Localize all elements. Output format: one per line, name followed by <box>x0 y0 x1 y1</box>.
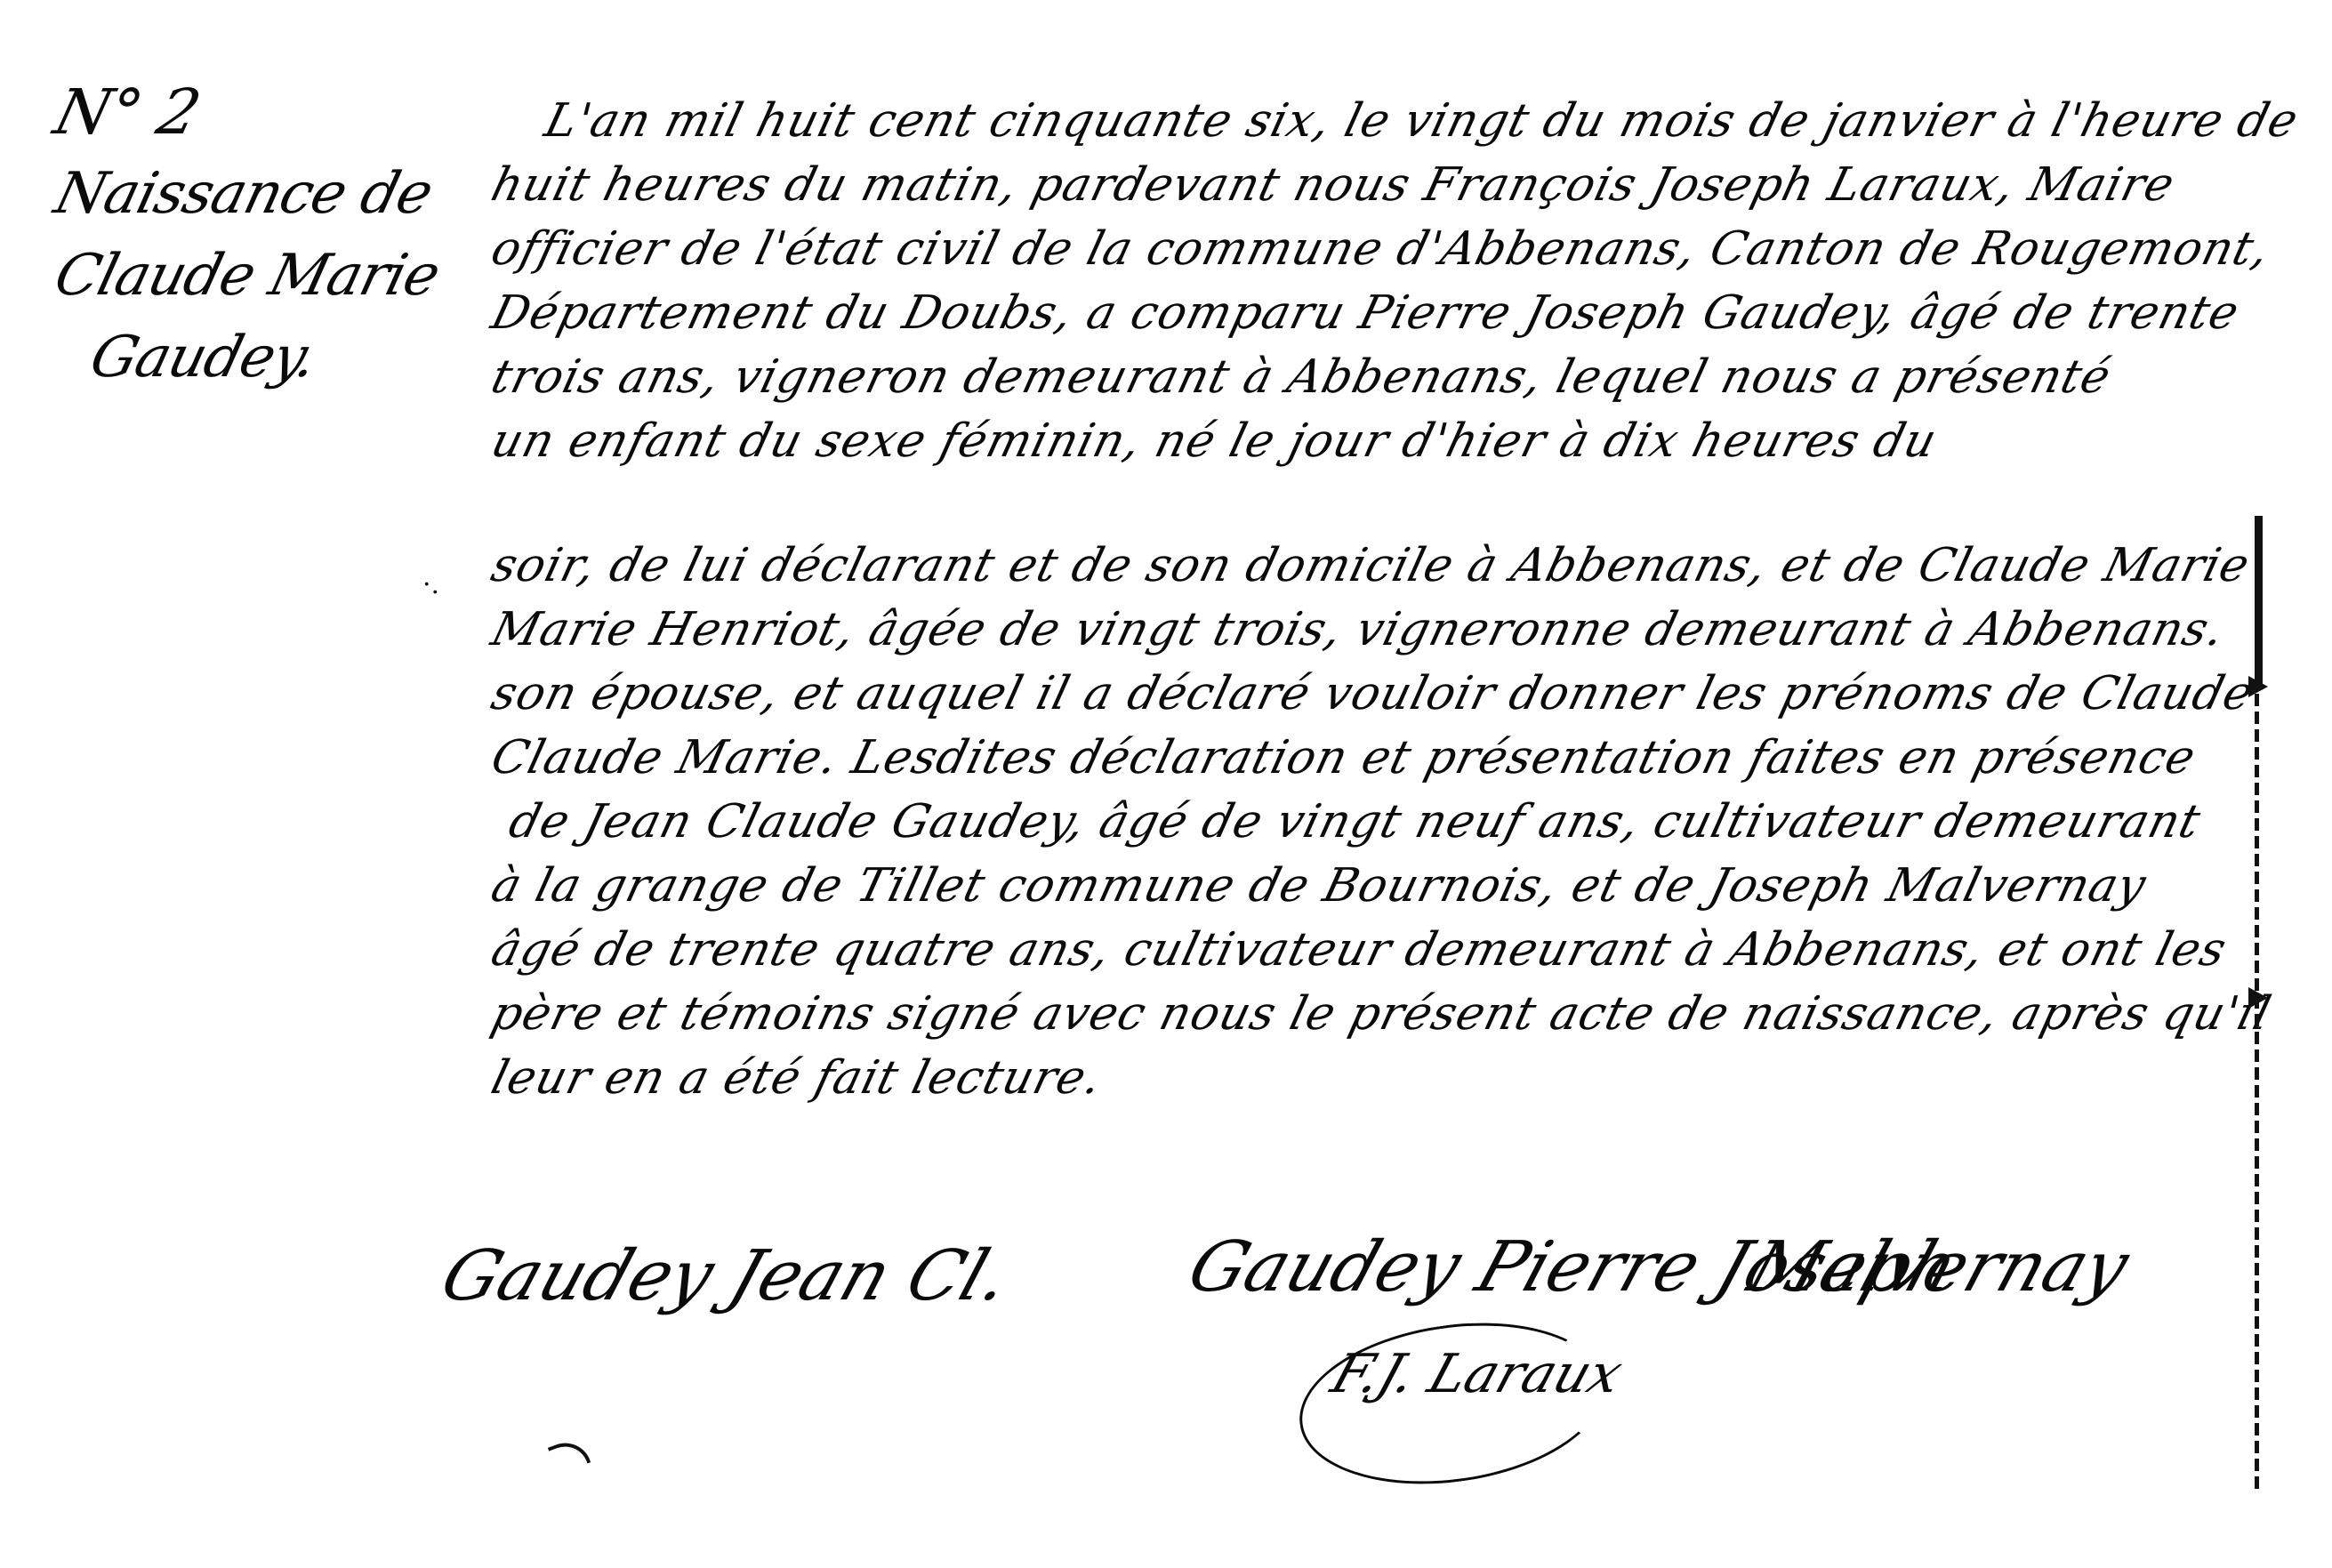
body-line: Département du Doubs, a comparu Pierre J… <box>485 281 2262 345</box>
body-line: à la grange de Tillet commune de Bournoi… <box>485 854 2262 918</box>
body-line: père et témoins signé avec nous le prése… <box>485 982 2262 1046</box>
body-line: âgé de trente quatre ans, cultivateur de… <box>485 918 2262 982</box>
signature-block: Gaudey Jean Cl. Gaudey Pierre Joseph Mal… <box>418 1210 2268 1494</box>
register-page: N° 2 Naissance de Claude Marie Gaudey. L… <box>0 0 2332 1568</box>
signature-witness-malvernay: Malvernay <box>1739 1227 2138 1307</box>
binding-mark-icon <box>2248 676 2268 697</box>
body-line: huit heures du matin, pardevant nous Fra… <box>485 153 2262 217</box>
binding-mark-icon <box>2248 987 2268 1009</box>
signature-witness-gaudey-jean: Gaudey Jean Cl. <box>431 1236 1020 1316</box>
signature-mayor-laraux: F.J. Laraux <box>1324 1343 1630 1405</box>
body-line: leur en a été fait lecture. <box>485 1046 2262 1110</box>
page-binding-edge-dark <box>2255 516 2263 685</box>
child-surname: Gaudey. <box>46 317 458 398</box>
record-body: L'an mil huit cent cinquante six, le vin… <box>485 89 2246 1110</box>
body-line: officier de l'état civil de la commune d… <box>485 217 2262 281</box>
body-line: Marie Henriot, âgée de vingt trois, vign… <box>485 598 2262 662</box>
record-number: N° 2 <box>46 71 458 153</box>
ink-dots: ·. <box>422 569 439 600</box>
body-line: de Jean Claude Gaudey, âgé de vingt neuf… <box>485 790 2262 854</box>
body-line: L'an mil huit cent cinquante six, le vin… <box>485 89 2262 153</box>
body-line: Claude Marie. Lesdites déclaration et pr… <box>485 726 2262 790</box>
body-line: un enfant du sexe féminin, né le jour d'… <box>485 409 2262 473</box>
body-line: soir, de lui déclarant et de son domicil… <box>485 534 2262 598</box>
child-first-names: Claude Marie <box>46 235 458 317</box>
record-title: Naissance de <box>46 153 458 235</box>
body-line: trois ans, vigneron demeurant à Abbenans… <box>485 345 2262 409</box>
body-line: son épouse, et auquel il a déclaré voulo… <box>485 662 2262 726</box>
margin-note: N° 2 Naissance de Claude Marie Gaudey. <box>46 71 438 398</box>
